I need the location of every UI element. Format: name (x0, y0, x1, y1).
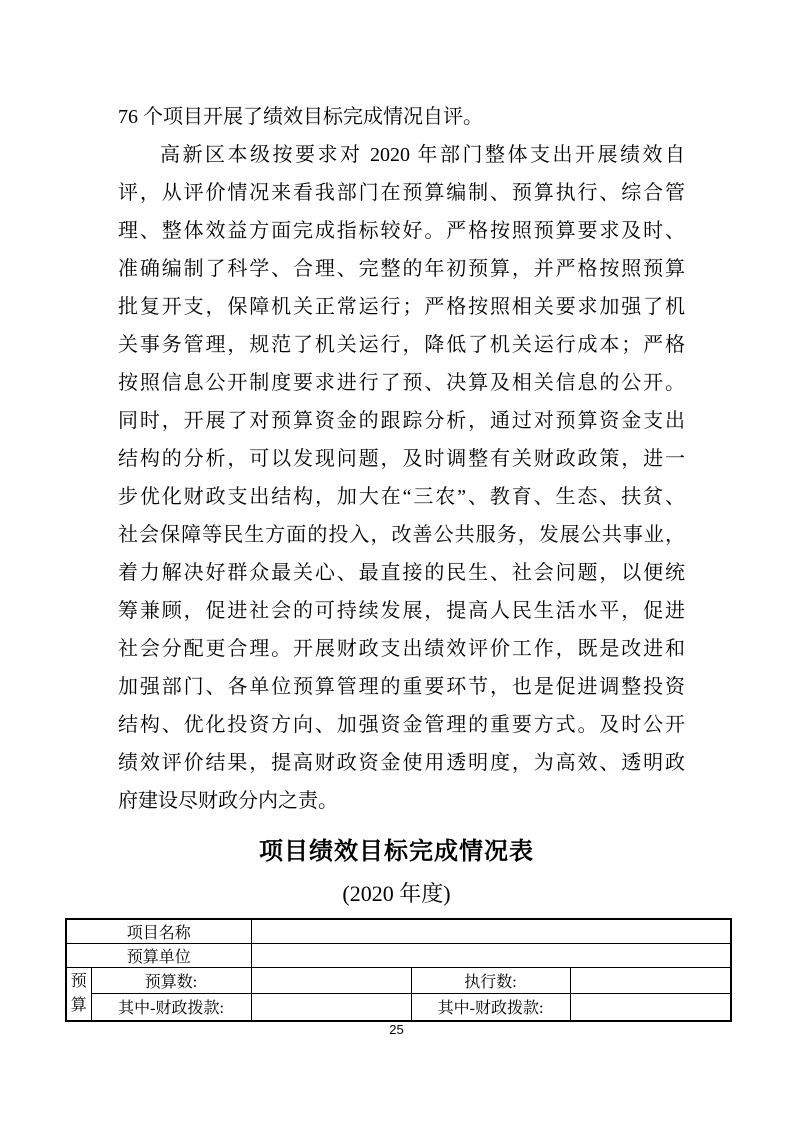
body-line: 绩效评价结果，提高财政资金使用透明度，为高效、透明政 (118, 744, 685, 782)
body-line: 批复开支，保障机关正常运行；严格按照相关要求加强了机 (118, 288, 685, 326)
body-line: 着力解决好群众最关心、最直接的民生、社会问题，以便统 (118, 554, 685, 592)
budget-unit-label-cell: 预算单位 (66, 944, 251, 968)
body-line: 筹兼顾，促进社会的可持续发展，提高人民生活水平，促进 (118, 592, 685, 630)
page-number: 25 (0, 1022, 793, 1037)
table-title: 项目绩效目标完成情况表 (0, 836, 793, 868)
body-line: 关事务管理，规范了机关运行，降低了机关运行成本；严格 (118, 326, 685, 364)
execution-fiscal-allocation-value-cell (570, 994, 731, 1021)
budget-amount-label-cell: 预算数: (91, 968, 251, 994)
execution-amount-label-cell: 执行数: (411, 968, 570, 994)
budget-amount-value-cell (251, 968, 411, 994)
document-page: 76 个项目开展了绩效目标完成情况自评。 高新区本级按要求对 2020 年部门整… (0, 0, 793, 1122)
execution-fiscal-allocation-label-cell: 其中-财政拨款: (411, 994, 570, 1021)
budget-unit-value-cell (251, 944, 731, 968)
body-line: 理、整体效益方面完成指标较好。严格按照预算要求及时、 (118, 212, 685, 250)
body-line: 76 个项目开展了绩效目标完成情况自评。 (118, 98, 685, 136)
body-line: 府建设尽财政分内之责。 (118, 782, 685, 820)
body-line: 评，从评价情况来看我部门在预算编制、预算执行、综合管 (118, 174, 685, 212)
project-name-value-cell (251, 919, 731, 944)
body-line: 结构、优化投资方向、加强资金管理的重要方式。及时公开 (118, 706, 685, 744)
table-subtitle: (2020 年度) (0, 880, 793, 908)
budget-group-cell: 预算 (66, 968, 91, 1021)
paragraph-block: 76 个项目开展了绩效目标完成情况自评。 高新区本级按要求对 2020 年部门整… (118, 98, 685, 820)
project-name-label-cell: 项目名称 (66, 919, 251, 944)
project-performance-table: 项目名称 预算单位 预算 预算数: 执行数: 其中-财政拨款: 其中-财政拨款: (65, 918, 732, 1022)
body-line: 结构的分析，可以发现问题，及时调整有关财政政策，进一 (118, 440, 685, 478)
body-line: 加强部门、各单位预算管理的重要环节，也是促进调整投资 (118, 668, 685, 706)
body-line: 按照信息公开制度要求进行了预、决算及相关信息的公开。 (118, 364, 685, 402)
body-line: 步优化财政支出结构，加大在“三农”、教育、生态、扶贫、 (118, 478, 685, 516)
body-line: 社会分配更合理。开展财政支出绩效评价工作，既是改进和 (118, 630, 685, 668)
body-line: 高新区本级按要求对 2020 年部门整体支出开展绩效自 (118, 136, 685, 174)
body-line: 社会保障等民生方面的投入，改善公共服务，发展公共事业， (118, 516, 685, 554)
body-line: 同时，开展了对预算资金的跟踪分析，通过对预算资金支出 (118, 402, 685, 440)
body-line: 准确编制了科学、合理、完整的年初预算，并严格按照预算 (118, 250, 685, 288)
budget-fiscal-allocation-label-cell: 其中-财政拨款: (91, 994, 251, 1021)
budget-fiscal-allocation-value-cell (251, 994, 411, 1021)
execution-amount-value-cell (570, 968, 731, 994)
